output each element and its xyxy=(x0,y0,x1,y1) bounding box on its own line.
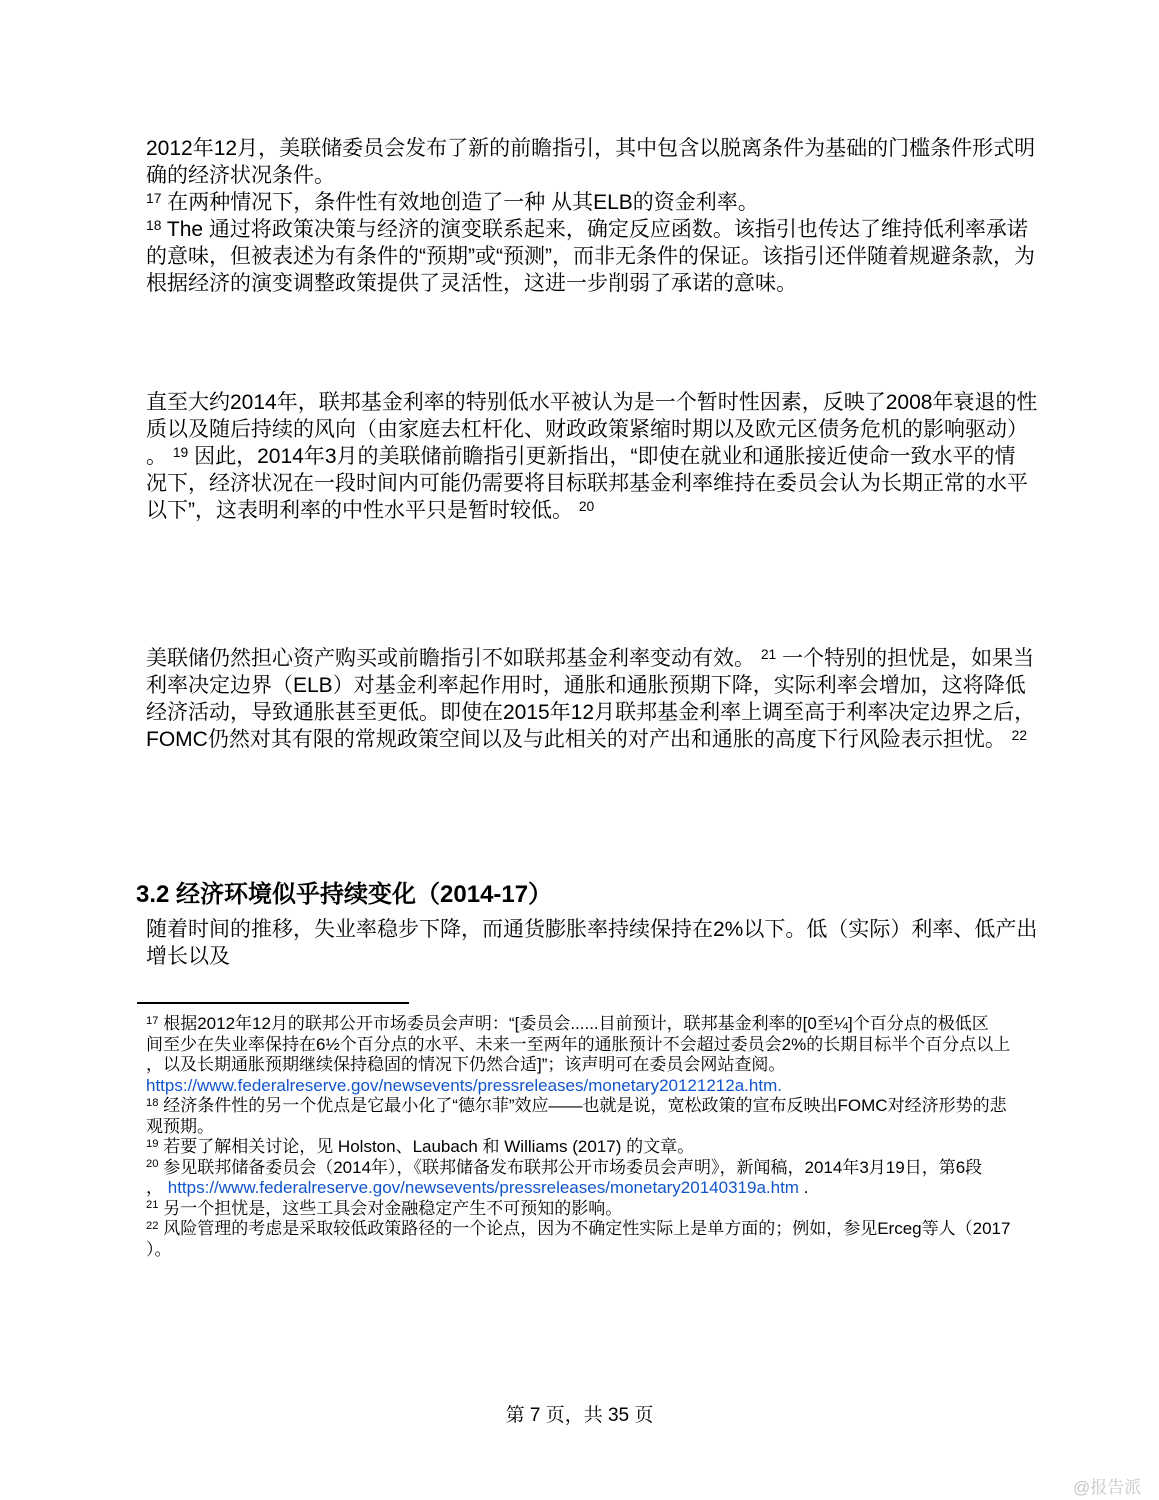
text-run: 以下”，这表明利率的中性水平只是暂时较低。 xyxy=(146,499,579,522)
text-run: 确的经济状况条件。 xyxy=(146,164,335,187)
text-run: 的意味，但被表述为有条件的“预期”或“预测”，而非无条件的保证。该指引还伴随着规… xyxy=(146,245,1035,268)
text-line: ，以及长期通胀预期继续保持稳固的情况下仍然合适]”；该声明可在委员会网站查阅。 xyxy=(146,1055,1031,1076)
text-line: ， https://www.federalreserve.gov/newseve… xyxy=(146,1178,1031,1199)
footnote-ref: 22 xyxy=(146,1220,158,1232)
text-line: https://www.federalreserve.gov/newsevent… xyxy=(146,1076,1031,1097)
footnote-ref: 21 xyxy=(146,1199,158,1211)
text-line: 18 The 通过将政策决策与经济的演变联系起来，确定反应函数。该指引也传达了维… xyxy=(146,216,1031,243)
text-line: 随着时间的推移，失业率稳步下降，而通货膨胀率持续保持在2%以下。低（实际）利率、… xyxy=(146,916,1031,943)
text-line: 19 若要了解相关讨论，见 Holston、Laubach 和 Williams… xyxy=(146,1137,1031,1158)
hyperlink[interactable]: https://www.federalreserve.gov/newsevent… xyxy=(168,1178,799,1197)
text-run: . xyxy=(799,1178,808,1197)
text-run: 观预期。 xyxy=(146,1117,214,1136)
text-line: 17 在两种情况下，条件性有效地创造了一种 从其ELB的资金利率。 xyxy=(146,189,1031,216)
footnote-ref: 20 xyxy=(579,498,594,514)
text-run: 况下，经济状况在一段时间内可能仍需要将目标联邦基金利率维持在委员会认为长期正常的… xyxy=(146,472,1028,495)
text-run: The 通过将政策决策与经济的演变联系起来，确定反应函数。该指引也传达了维持低利… xyxy=(161,218,1027,241)
footnote-21: 21 另一个担忧是，这些工具会对金融稳定产生不可预知的影响。 xyxy=(146,1199,1031,1220)
text-line: 间至少在失业率保持在6½个百分点的水平、未来一至两年的通胀预计不会超过委员会2%… xyxy=(146,1035,1031,1056)
page-number: 第 7 页，共 35 页 xyxy=(0,1400,1159,1427)
footnote-ref: 22 xyxy=(1012,727,1027,743)
text-line: 利率决定边界（ELB）对基金利率起作用时，通胀和通胀预期下降，实际利率会增加，这… xyxy=(146,672,1031,699)
text-run: 另一个担忧是，这些工具会对金融稳定产生不可预知的影响。 xyxy=(158,1199,622,1218)
text-run: 增长以及 xyxy=(146,945,230,968)
text-run: 2012年12月，美联储委员会发布了新的前瞻指引，其中包含以脱离条件为基础的门槛… xyxy=(146,137,1035,160)
text-line: 增长以及 xyxy=(146,943,1031,970)
footnote-ref: 19 xyxy=(173,444,188,460)
footnote-ref: 18 xyxy=(146,1097,158,1109)
footnote-19: 19 若要了解相关讨论，见 Holston、Laubach 和 Williams… xyxy=(146,1137,1031,1158)
footnotes-section: 17 根据2012年12月的联邦公开市场委员会声明：“[委员会......目前预… xyxy=(146,1014,1031,1260)
text-line: 。 19 因此，2014年3月的美联储前瞻指引更新指出，“即使在就业和通胀接近使… xyxy=(146,443,1031,470)
footnote-18: 18 经济条件性的另一个优点是它最小化了“德尔菲”效应——也就是说，宽松政策的宣… xyxy=(146,1096,1031,1137)
text-run: 在两种情况下，条件性有效地创造了一种 从其ELB的资金利率。 xyxy=(161,191,758,214)
footnote-ref: 19 xyxy=(146,1138,158,1150)
footnote-separator-rule xyxy=(137,1002,409,1004)
text-line: FOMC仍然对其有限的常规政策空间以及与此相关的对产出和通胀的高度下行风险表示担… xyxy=(146,726,1031,753)
paragraph-2014-low-rate: 直至大约2014年，联邦基金利率的特别低水平被认为是一个暂时性因素，反映了200… xyxy=(146,389,1031,524)
text-run: 因此，2014年3月的美联储前瞻指引更新指出，“即使在就业和通胀接近使命一致水平… xyxy=(188,445,1015,468)
text-line: 以下”，这表明利率的中性水平只是暂时较低。 20 xyxy=(146,497,1031,524)
text-line: 质以及随后持续的风向（由家庭去杠杆化、财政政策紧缩时期以及欧元区债务危机的影响驱… xyxy=(146,416,1031,443)
text-line: 18 经济条件性的另一个优点是它最小化了“德尔菲”效应——也就是说，宽松政策的宣… xyxy=(146,1096,1031,1117)
text-line: 2012年12月，美联储委员会发布了新的前瞻指引，其中包含以脱离条件为基础的门槛… xyxy=(146,135,1031,162)
footnote-ref: 20 xyxy=(146,1158,158,1170)
text-line: 21 另一个担忧是，这些工具会对金融稳定产生不可预知的影响。 xyxy=(146,1199,1031,1220)
text-run: 经济条件性的另一个优点是它最小化了“德尔菲”效应——也就是说，宽松政策的宣布反映… xyxy=(158,1096,1006,1115)
text-line: 20 参见联邦储备委员会（2014年），《联邦储备发布联邦公开市场委员会声明》，… xyxy=(146,1158,1031,1179)
text-run: 若要了解相关讨论，见 Holston、Laubach 和 Williams (2… xyxy=(158,1137,694,1156)
text-line: 22 风险管理的考虑是采取较低政策路径的一个论点，因为不确定性实际上是单方面的；… xyxy=(146,1219,1031,1240)
text-line: 17 根据2012年12月的联邦公开市场委员会声明：“[委员会......目前预… xyxy=(146,1014,1031,1035)
text-run: 。 xyxy=(146,445,173,468)
text-line: 根据经济的演变调整政策提供了灵活性，这进一步削弱了承诺的意味。 xyxy=(146,270,1031,297)
text-run: 间至少在失业率保持在6½个百分点的水平、未来一至两年的通胀预计不会超过委员会2%… xyxy=(146,1035,1010,1054)
text-run: 利率决定边界（ELB）对基金利率起作用时，通胀和通胀预期下降，实际利率会增加，这… xyxy=(146,674,1026,697)
footnote-ref: 21 xyxy=(761,646,776,662)
text-run: 根据2012年12月的联邦公开市场委员会声明：“[委员会......目前预计，联… xyxy=(158,1014,988,1033)
text-run: 经济活动，导致通胀甚至更低。即使在2015年12月联邦基金利率上调至高于利率决定… xyxy=(146,701,1035,724)
footnote-20: 20 参见联邦储备委员会（2014年），《联邦储备发布联邦公开市场委员会声明》，… xyxy=(146,1158,1031,1199)
footnote-17: 17 根据2012年12月的联邦公开市场委员会声明：“[委员会......目前预… xyxy=(146,1014,1031,1096)
text-line: 的意味，但被表述为有条件的“预期”或“预测”，而非无条件的保证。该指引还伴随着规… xyxy=(146,243,1031,270)
text-run: ）。 xyxy=(146,1240,172,1259)
section-heading-3-2: 3.2 经济环境似乎持续变化（2014-17） xyxy=(136,874,552,909)
text-line: 确的经济状况条件。 xyxy=(146,162,1031,189)
text-line: 美联储仍然担心资产购买或前瞻指引不如联邦基金利率变动有效。 21 一个特别的担忧… xyxy=(146,645,1031,672)
text-run: FOMC仍然对其有限的常规政策空间以及与此相关的对产出和通胀的高度下行风险表示担… xyxy=(146,728,1012,751)
text-line: ）。 xyxy=(146,1240,1031,1261)
text-run: 参见联邦储备委员会（2014年），《联邦储备发布联邦公开市场委员会声明》，新闻稿… xyxy=(158,1158,982,1177)
text-run: ，以及长期通胀预期继续保持稳固的情况下仍然合适]”；该声明可在委员会网站查阅。 xyxy=(146,1055,785,1074)
text-run: 美联储仍然担心资产购买或前瞻指引不如联邦基金利率变动有效。 xyxy=(146,647,761,670)
footnote-ref: 18 xyxy=(146,217,161,233)
footnote-ref: 17 xyxy=(146,1015,158,1027)
watermark: @报告派 xyxy=(1073,1473,1141,1498)
text-line: 直至大约2014年，联邦基金利率的特别低水平被认为是一个暂时性因素，反映了200… xyxy=(146,389,1031,416)
text-run: 随着时间的推移，失业率稳步下降，而通货膨胀率持续保持在2%以下。低（实际）利率、… xyxy=(146,918,1037,941)
text-run: 质以及随后持续的风向（由家庭去杠杆化、财政政策紧缩时期以及欧元区债务危机的影响驱… xyxy=(146,418,1028,441)
footnote-ref: 17 xyxy=(146,190,161,206)
text-line: 况下，经济状况在一段时间内可能仍需要将目标联邦基金利率维持在委员会认为长期正常的… xyxy=(146,470,1031,497)
text-line: 观预期。 xyxy=(146,1117,1031,1138)
text-run: 风险管理的考虑是采取较低政策路径的一个论点，因为不确定性实际上是单方面的；例如，… xyxy=(158,1219,1010,1238)
document-page: 2012年12月，美联储委员会发布了新的前瞻指引，其中包含以脱离条件为基础的门槛… xyxy=(0,0,1159,1500)
text-run: 直至大约2014年，联邦基金利率的特别低水平被认为是一个暂时性因素，反映了200… xyxy=(146,391,1037,414)
text-run: ， xyxy=(146,1178,168,1197)
paragraph-2012-guidance: 2012年12月，美联储委员会发布了新的前瞻指引，其中包含以脱离条件为基础的门槛… xyxy=(146,135,1031,297)
text-run: 一个特别的担忧是，如果当 xyxy=(776,647,1034,670)
text-run: 根据经济的演变调整政策提供了灵活性，这进一步削弱了承诺的意味。 xyxy=(146,272,797,295)
paragraph-economic-environment: 随着时间的推移，失业率稳步下降，而通货膨胀率持续保持在2%以下。低（实际）利率、… xyxy=(146,916,1031,970)
footnote-22: 22 风险管理的考虑是采取较低政策路径的一个论点，因为不确定性实际上是单方面的；… xyxy=(146,1219,1031,1260)
text-line: 经济活动，导致通胀甚至更低。即使在2015年12月联邦基金利率上调至高于利率决定… xyxy=(146,699,1031,726)
hyperlink[interactable]: https://www.federalreserve.gov/newsevent… xyxy=(146,1076,782,1095)
paragraph-fomc-concerns: 美联储仍然担心资产购买或前瞻指引不如联邦基金利率变动有效。 21 一个特别的担忧… xyxy=(146,645,1031,753)
